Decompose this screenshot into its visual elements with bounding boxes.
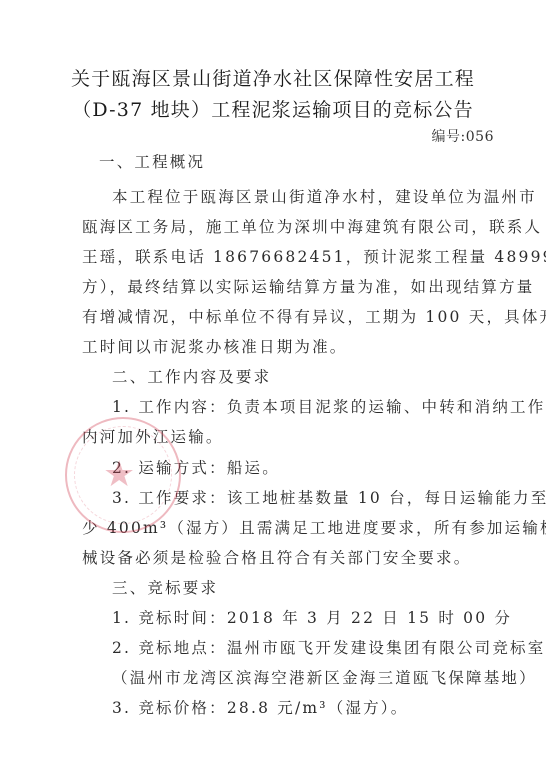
- section-heading-overview: 一、工程概况: [99, 150, 205, 172]
- document-title-line-2: （D-37 地块）工程泥浆运输项目的竞标公告: [0, 95, 546, 122]
- paragraph-line: 本工程位于瓯海区景山街道净水村，建设单位为温州市: [112, 185, 537, 207]
- paragraph-line: 王瑶，联系电话 18676682451，预计泥浆工程量 48999m³（湿: [82, 245, 546, 267]
- document-title-line-1: 关于瓯海区景山街道净水社区保障性安居工程: [0, 64, 546, 91]
- paragraph-line: 3. 竞标价格：28.8 元/m³（湿方）。: [112, 696, 408, 718]
- paragraph-line: 工时间以市泥浆办核准日期为准。: [82, 335, 348, 357]
- section-heading-bidding: 三、竞标要求: [112, 576, 218, 598]
- paragraph-line: 瓯海区工务局，施工单位为深圳中海建筑有限公司，联系人: [82, 215, 542, 237]
- paragraph-line: 械设备必须是检验合格且符合有关部门安全要求。: [82, 546, 471, 568]
- paragraph-line: 3. 工作要求：该工地桩基数量 10 台，每日运输能力至: [112, 486, 546, 508]
- paragraph-line: （温州市龙湾区滨海空港新区金海三道瓯飞保障基地）: [112, 666, 537, 688]
- paragraph-line: 1. 工作内容：负责本项目泥浆的运输、中转和消纳工作，: [112, 395, 546, 417]
- document-page: 关于瓯海区景山街道净水社区保障性安居工程 （D-37 地块）工程泥浆运输项目的竞…: [0, 0, 546, 780]
- paragraph-line: 少 400m³（湿方）且需满足工地进度要求，所有参加运输机: [82, 516, 546, 538]
- paragraph-line: 1. 竞标时间：2018 年 3 月 22 日 15 时 00 分: [112, 606, 512, 628]
- serial-number: 编号:056: [432, 126, 494, 146]
- paragraph-line: 2. 竞标地点：温州市瓯飞开发建设集团有限公司竞标室。: [112, 636, 546, 658]
- paragraph-line: 2. 运输方式：船运。: [112, 456, 280, 478]
- paragraph-line: 内河加外江运输。: [82, 425, 224, 447]
- section-heading-work-content: 二、工作内容及要求: [112, 365, 271, 387]
- paragraph-line: 方），最终结算以实际运输结算方量为准，如出现结算方量: [82, 275, 534, 297]
- paragraph-line: 有增减情况，中标单位不得有异议，工期为 100 天，具体开: [82, 305, 546, 327]
